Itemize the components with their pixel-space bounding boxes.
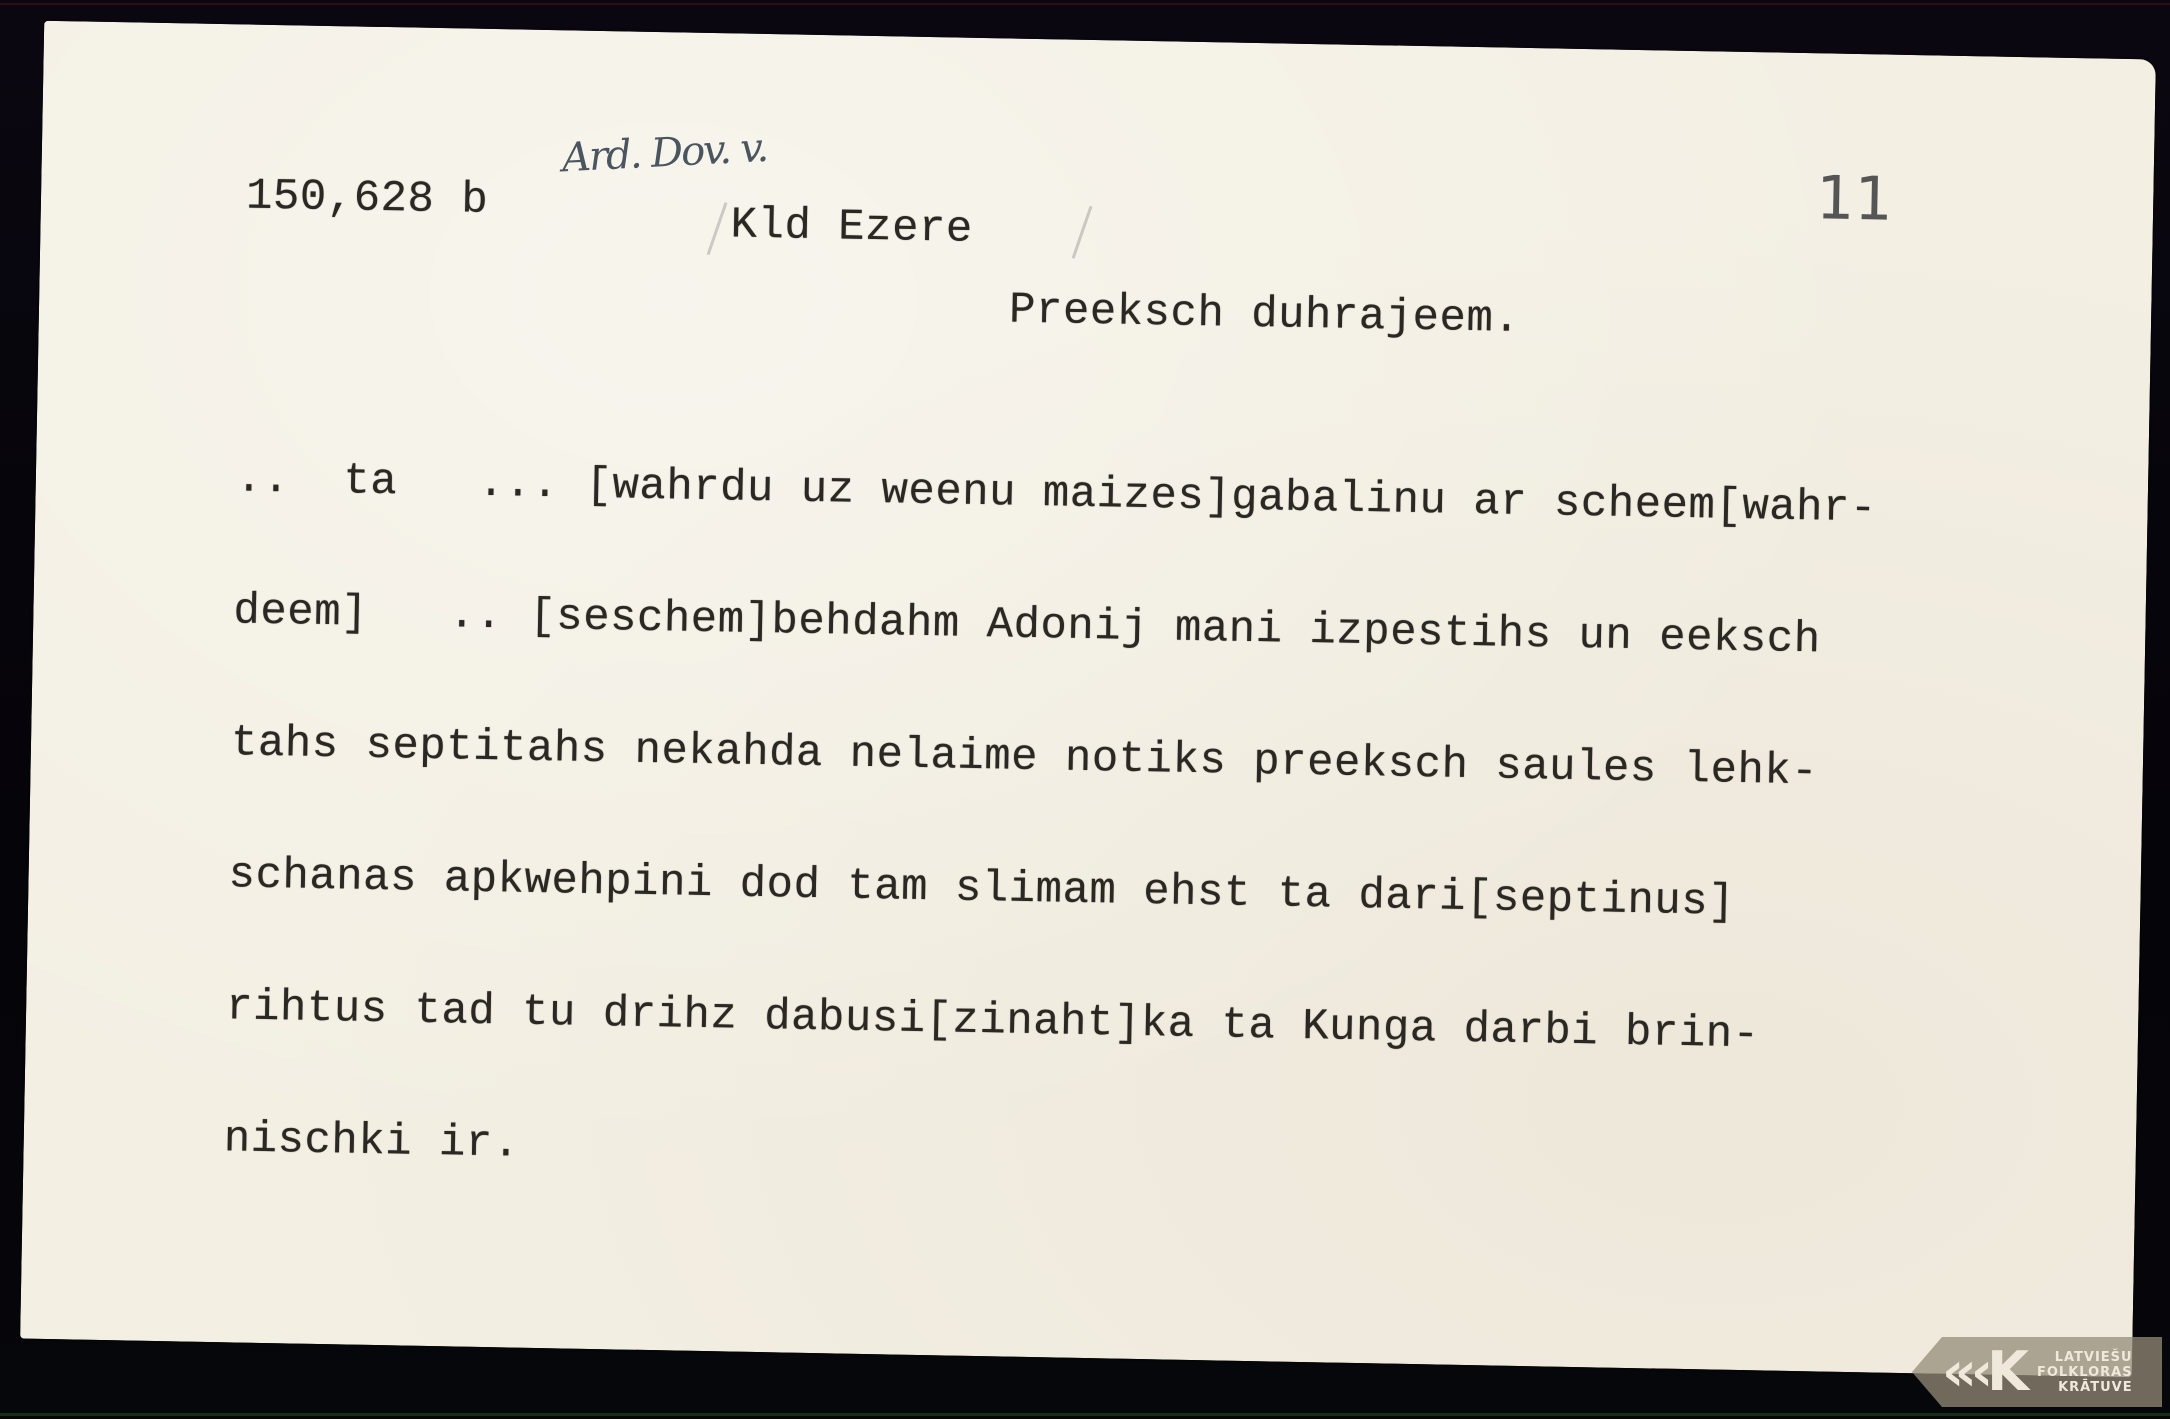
pencil-mark xyxy=(1072,206,1093,259)
scan-edge-bottom xyxy=(0,1413,2170,1416)
card-heading: Preeksch duhrajeem. xyxy=(1009,288,1521,341)
logo-line: FOLKLORAS xyxy=(2037,1365,2133,1380)
logo-line: KRĀTUVE xyxy=(2037,1380,2133,1395)
card-body: .. ta ... [wahrdu uz weenu maizes]gabali… xyxy=(222,369,1879,1279)
reference-number: 150,628 b xyxy=(246,174,489,222)
archive-logo: «‹K LATVIEŠU FOLKLORAS KRĀTUVE xyxy=(1912,1337,2162,1407)
logo-mark-icon: «‹K xyxy=(1942,1337,2023,1407)
archive-card: Ard. Dov. v. 11 150,628 b Kld Ezere Pree… xyxy=(20,21,2156,1377)
body-line: deem] .. [seschem]behdahm Adonij mani iz… xyxy=(233,589,1875,663)
pencil-mark xyxy=(707,202,728,255)
logo-line: LATVIEŠU xyxy=(2037,1350,2133,1365)
scan-edge-top xyxy=(0,3,2170,5)
handwritten-note: Ard. Dov. v. xyxy=(561,125,768,181)
place-name: Kld Ezere xyxy=(730,203,973,251)
body-line: tahs septitahs nekahda nelaime notiks pr… xyxy=(231,721,1873,795)
handwritten-page-mark: 11 xyxy=(1816,163,1894,234)
body-line: rihtus tad tu drihz dabusi[zinaht]ka ta … xyxy=(226,985,1868,1059)
body-line: nischki ir. xyxy=(223,1117,1865,1191)
logo-text: LATVIEŠU FOLKLORAS KRĀTUVE xyxy=(2037,1350,2133,1395)
body-line: .. ta ... [wahrdu uz weenu maizes]gabali… xyxy=(235,457,1877,531)
body-line: schanas apkwehpini dod tam slimam ehst t… xyxy=(228,853,1870,927)
